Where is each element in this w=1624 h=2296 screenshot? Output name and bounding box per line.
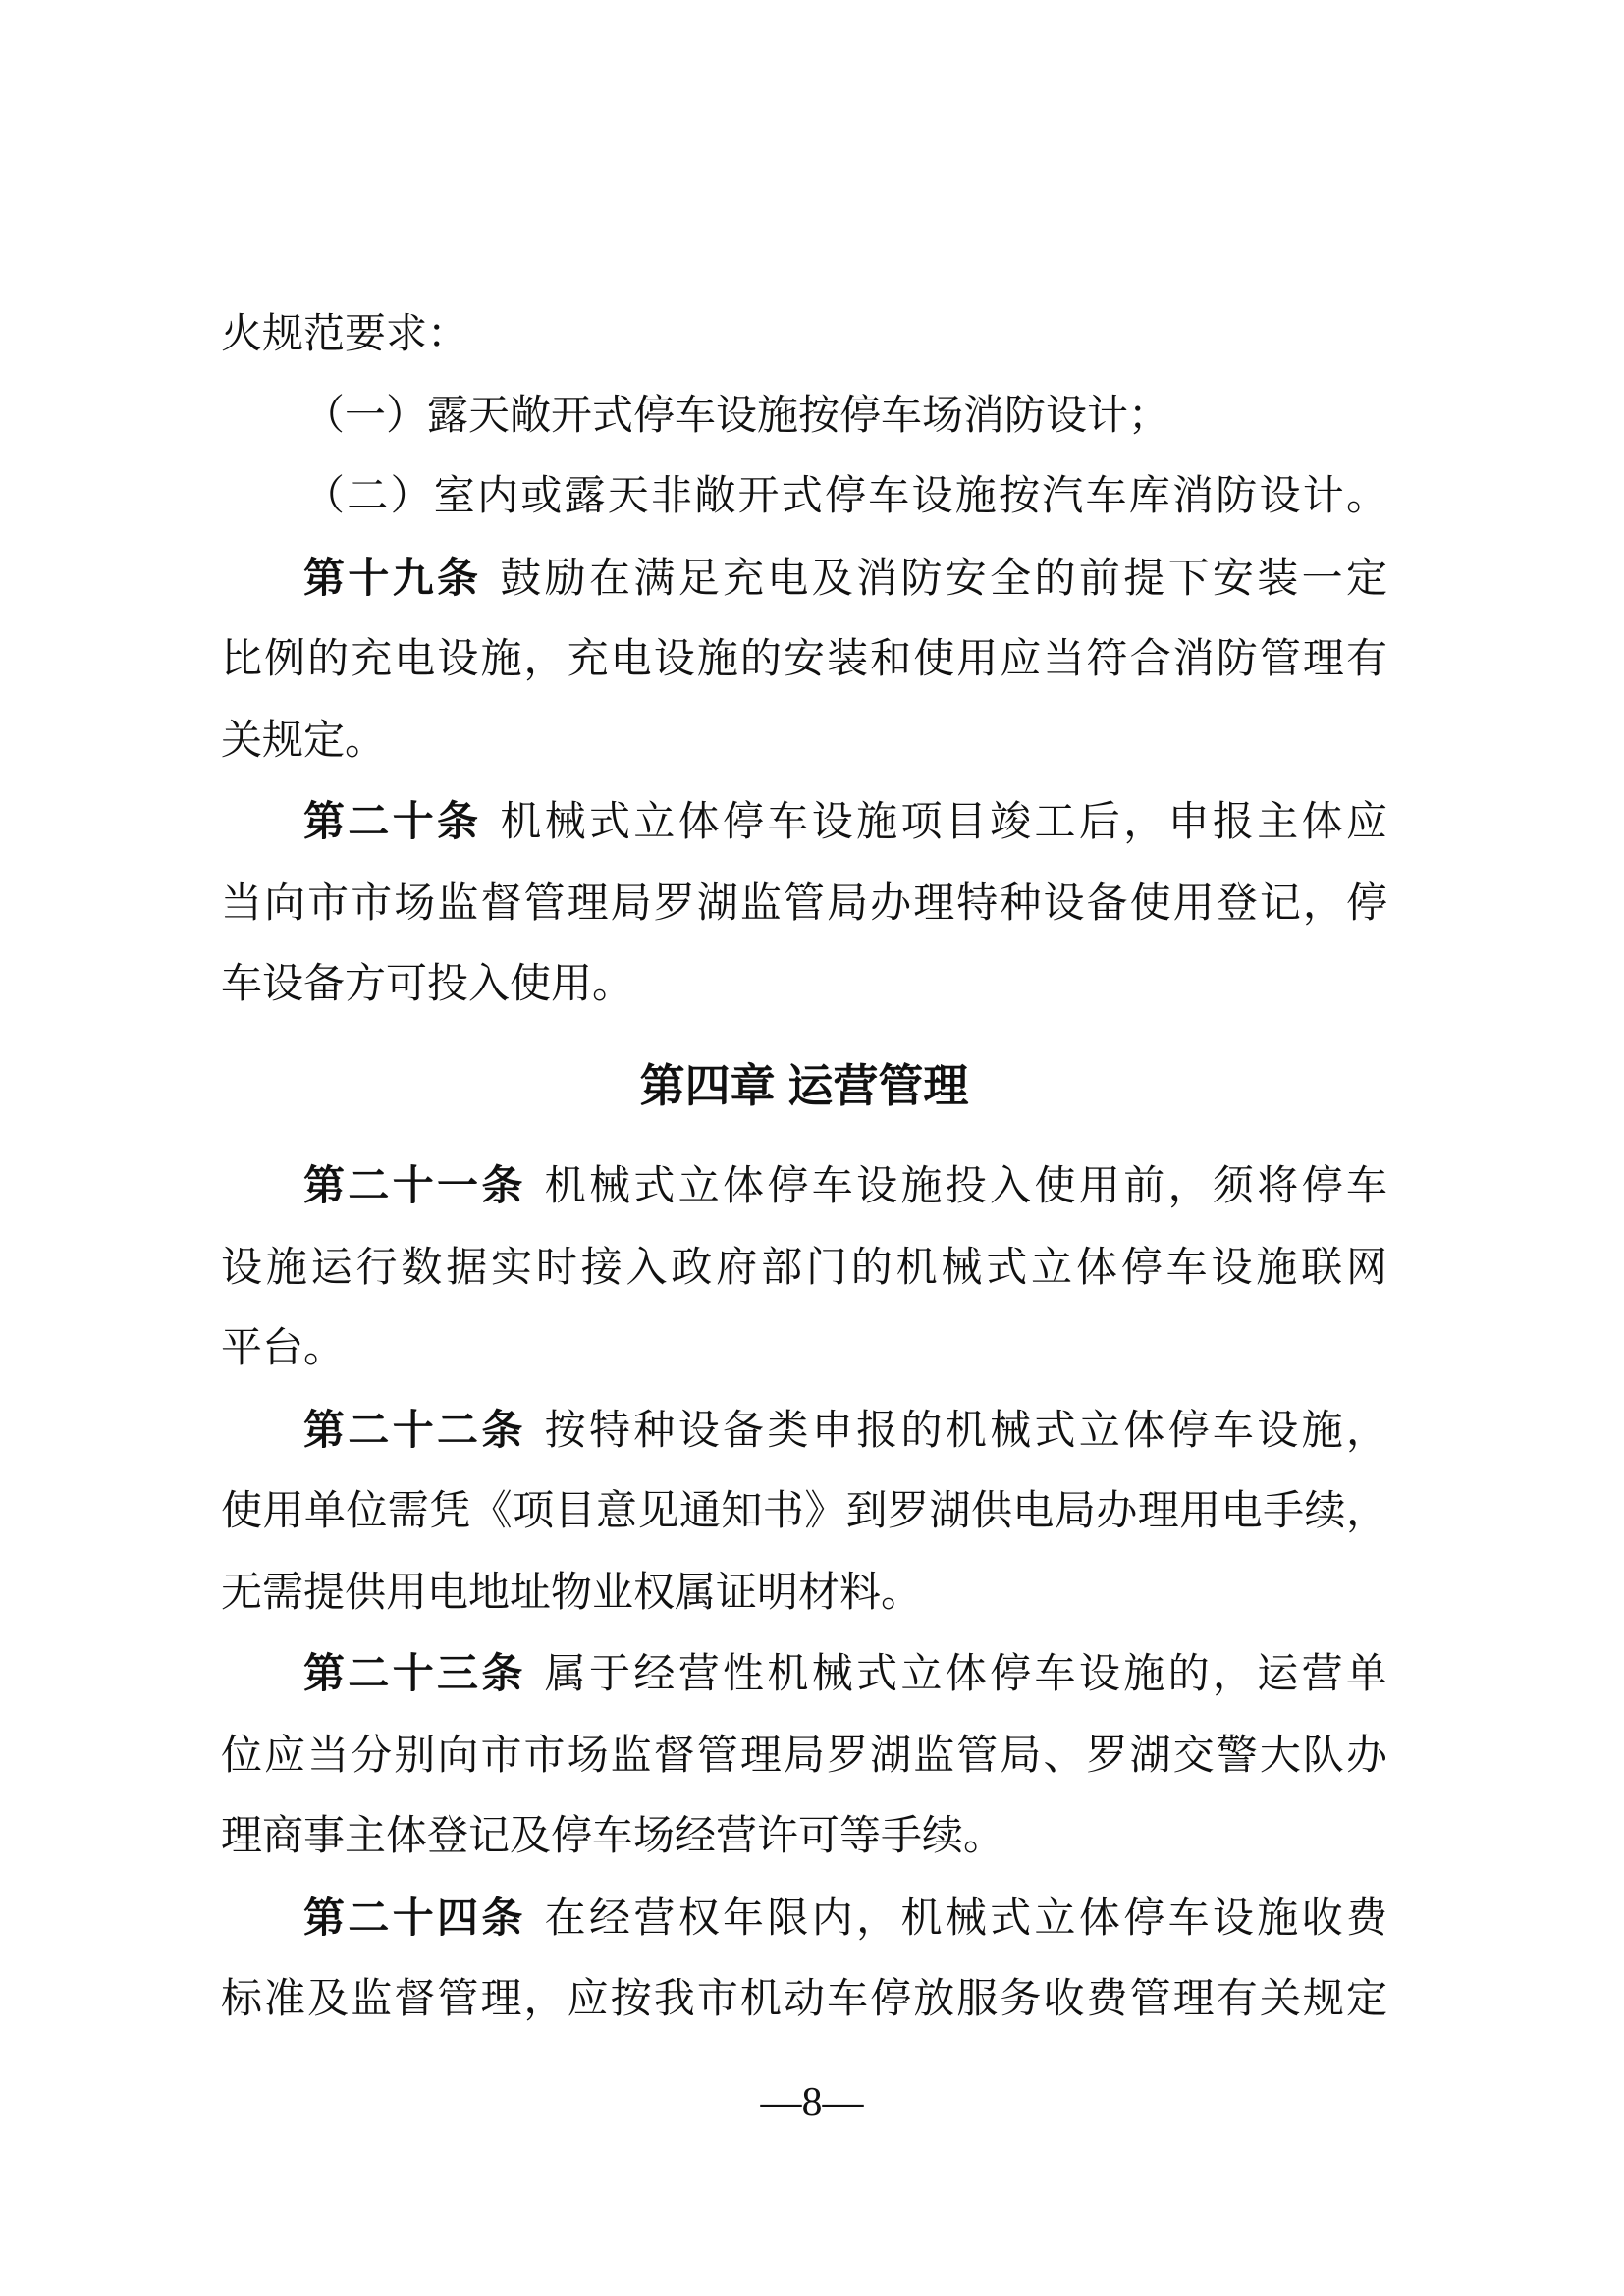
- body-line: 第二十二条按特种设备类申报的机械式立体停车设施，: [221, 1390, 1387, 1472]
- body-line: 当向市市场监督管理局罗湖监管局办理特种设备使用登记，停: [221, 864, 1387, 945]
- article-number: 第二十四条: [303, 1895, 526, 1941]
- line-text: （二）室内或露天非敞开式停车设施按汽车库消防设计。: [303, 474, 1387, 519]
- body-line: （二）室内或露天非敞开式停车设施按汽车库消防设计。: [221, 456, 1387, 538]
- article-number: 第二十一条: [303, 1162, 526, 1208]
- body-line: 标准及监督管理，应按我市机动车停放服务收费管理有关规定: [221, 1959, 1387, 2041]
- chapter-heading: 第四章 运营管理: [221, 1045, 1387, 1127]
- line-text: 位应当分别向市市场监督管理局罗湖监管局、罗湖交警大队办: [221, 1734, 1387, 1779]
- line-text: 平台。: [221, 1326, 345, 1371]
- body-line: 无需提供用电地址物业权属证明材料。: [221, 1553, 1387, 1634]
- article-number: 第十九条: [303, 555, 481, 601]
- line-text: 火规范要求：: [221, 312, 468, 357]
- body-line: 理商事主体登记及停车场经营许可等手续。: [221, 1796, 1387, 1878]
- line-text: 当向市市场监督管理局罗湖监管局办理特种设备使用登记，停: [221, 881, 1387, 927]
- body-line: 关规定。: [221, 701, 1387, 782]
- body-line: 第二十一条机械式立体停车设施投入使用前，须将停车: [221, 1146, 1387, 1228]
- line-text: 机械式立体停车设施投入使用前，须将停车: [545, 1164, 1387, 1209]
- line-text: 标准及监督管理，应按我市机动车停放服务收费管理有关规定: [221, 1977, 1387, 2022]
- line-text: 鼓励在满足充电及消防安全的前提下安装一定: [500, 557, 1387, 602]
- line-text: 比例的充电设施，充电设施的安装和使用应当符合消防管理有: [221, 637, 1387, 682]
- body-line: 使用单位需凭《项目意见通知书》到罗湖供电局办理用电手续，: [221, 1471, 1387, 1553]
- body-line: 第二十三条属于经营性机械式立体停车设施的，运营单: [221, 1633, 1387, 1716]
- line-text: （一）露天敞开式停车设施按停车场消防设计；: [303, 394, 1169, 439]
- line-text: 设施运行数据实时接入政府部门的机械式立体停车设施联网: [221, 1246, 1387, 1291]
- body-line: 第二十条机械式立体停车设施项目竣工后，申报主体应: [221, 781, 1387, 864]
- body-line: （一）露天敞开式停车设施按停车场消防设计；: [221, 376, 1387, 457]
- article-number: 第二十三条: [303, 1650, 526, 1696]
- body-line: 火规范要求：: [221, 294, 1387, 376]
- line-text: 理商事主体登记及停车场经营许可等手续。: [221, 1814, 1004, 1859]
- article-number: 第二十二条: [303, 1407, 526, 1453]
- article-number: 第二十条: [303, 798, 481, 844]
- body-line: 平台。: [221, 1308, 1387, 1390]
- document-page: 火规范要求： （一）露天敞开式停车设施按停车场消防设计； （二）室内或露天非敞开…: [0, 0, 1624, 2296]
- page-number: —8—: [0, 2073, 1624, 2132]
- line-text: 属于经营性机械式立体停车设施的，运营单: [545, 1652, 1387, 1697]
- body-line: 第二十四条在经营权年限内，机械式立体停车设施收费: [221, 1878, 1387, 1960]
- body-line: 位应当分别向市市场监督管理局罗湖监管局、罗湖交警大队办: [221, 1716, 1387, 1797]
- line-text: 使用单位需凭《项目意见通知书》到罗湖供电局办理用电手续，: [221, 1489, 1387, 1534]
- line-text: 车设备方可投入使用。: [221, 962, 633, 1007]
- line-text: 关规定。: [221, 719, 386, 764]
- line-text: 在经营权年限内，机械式立体停车设施收费: [545, 1896, 1387, 1942]
- body-line: 车设备方可投入使用。: [221, 944, 1387, 1026]
- body-line: 比例的充电设施，充电设施的安装和使用应当符合消防管理有: [221, 619, 1387, 701]
- line-text: 机械式立体停车设施项目竣工后，申报主体应: [500, 800, 1387, 845]
- line-text: 按特种设备类申报的机械式立体停车设施，: [545, 1409, 1387, 1454]
- body-line: 设施运行数据实时接入政府部门的机械式立体停车设施联网: [221, 1228, 1387, 1309]
- line-text: 无需提供用电地址物业权属证明材料。: [221, 1571, 922, 1616]
- body-line: 第十九条鼓励在满足充电及消防安全的前提下安装一定: [221, 538, 1387, 620]
